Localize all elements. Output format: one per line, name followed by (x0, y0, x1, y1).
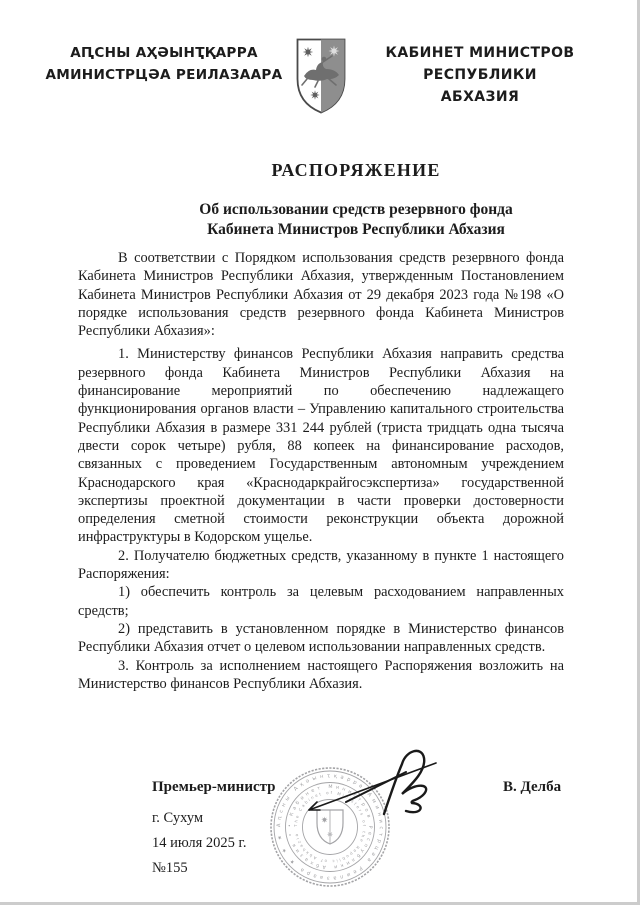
subject-line2: Кабинета Министров Республики Абхазия (146, 220, 566, 240)
org-name-abkhaz: АԤСНЫ АҲӘЫНҬҚАРРА АМИНИСТРЦӘА РЕИЛАЗААРА (36, 42, 292, 86)
doc-city: г. Сухум (152, 806, 246, 831)
document-subject: Об использовании средств резервного фонд… (146, 200, 566, 240)
document-body: В соответствии с Порядком использования … (78, 249, 564, 693)
intro-paragraph: В соответствии с Порядком использования … (78, 249, 564, 340)
signer-name: В. Делба (503, 779, 561, 796)
paragraph-subitem-1: 1) обеспечить контроль за целевым расход… (78, 583, 564, 620)
document-type-title: РАСПОРЯЖЕНИЕ (146, 160, 566, 181)
org-name-russian-line1: КАБИНЕТ МИНИСТРОВ (382, 42, 578, 64)
document-headings: РАСПОРЯЖЕНИЕ Об использовании средств ре… (146, 160, 566, 240)
document-page: АԤСНЫ АҲӘЫНҬҚАРРА АМИНИСТРЦӘА РЕИЛАЗААРА… (0, 0, 640, 905)
doc-meta: г. Сухум 14 июля 2025 г. №155 (152, 806, 246, 881)
coat-of-arms-icon (294, 36, 348, 116)
org-name-abkhaz-line1: АԤСНЫ АҲӘЫНҬҚАРРА (36, 42, 292, 64)
org-name-abkhaz-line2: АМИНИСТРЦӘА РЕИЛАЗААРА (36, 64, 292, 86)
doc-date: 14 июля 2025 г. (152, 831, 246, 856)
paragraph-item-2: 2. Получателю бюджетных средств, указанн… (78, 547, 564, 584)
subject-line1: Об использовании средств резервного фонд… (146, 200, 566, 220)
signer-post: Премьер-министр (152, 779, 276, 796)
handwritten-signature (290, 738, 460, 828)
paragraph-item-1: 1. Министерству финансов Республики Абха… (78, 345, 564, 546)
paragraph-item-3: 3. Контроль за исполнением настоящего Ра… (78, 657, 564, 694)
doc-number: №155 (152, 856, 246, 881)
org-name-russian: КАБИНЕТ МИНИСТРОВ РЕСПУБЛИКИ АБХАЗИЯ (382, 42, 578, 108)
org-name-russian-line2: РЕСПУБЛИКИ АБХАЗИЯ (382, 64, 578, 108)
paragraph-subitem-2: 2) представить в установленном порядке в… (78, 620, 564, 657)
